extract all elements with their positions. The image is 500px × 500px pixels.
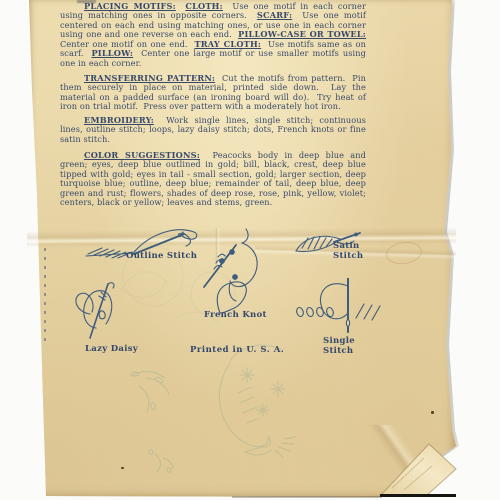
top-edge-smudge [77, 0, 96, 3]
single-stitch-illustration [290, 278, 385, 340]
folded-corner-flap [378, 442, 458, 498]
paper-speck [431, 411, 434, 414]
paragraph-color-suggestions: COLOR SUGGESTIONS: Peacocks body in deep… [60, 151, 366, 208]
french-knot-illustration [190, 227, 268, 315]
scanned-instruction-sheet: PLACING MOTIFS: CLOTH: Use one motif in … [0, 0, 500, 500]
left-edge-marks [44, 248, 46, 344]
paragraph-placing-motifs: PLACING MOTIFS: CLOTH: Use one motif in … [60, 2, 366, 68]
satin-stitch-label: Satin Stitch [333, 242, 363, 261]
paragraph-transferring-pattern: TRANSFERRING PATTERN: Cut the motifs fro… [60, 74, 366, 112]
bottom-scan-line [380, 494, 456, 497]
french-knot-label: French Knot [204, 311, 267, 321]
bottom-scan-shadow [232, 496, 382, 498]
lazy-daisy-label: Lazy Daisy [85, 345, 138, 355]
lazy-daisy-illustration [66, 280, 132, 344]
paper-speck [121, 467, 124, 469]
outline-stitch-label: Outline Stitch [126, 252, 197, 262]
printed-in-usa-text: Printed in U. S. A. [190, 346, 284, 356]
paragraph-embroidery: EMBROIDERY: Work single lines, single st… [60, 116, 366, 144]
single-stitch-label: Single Stitch [323, 337, 355, 356]
